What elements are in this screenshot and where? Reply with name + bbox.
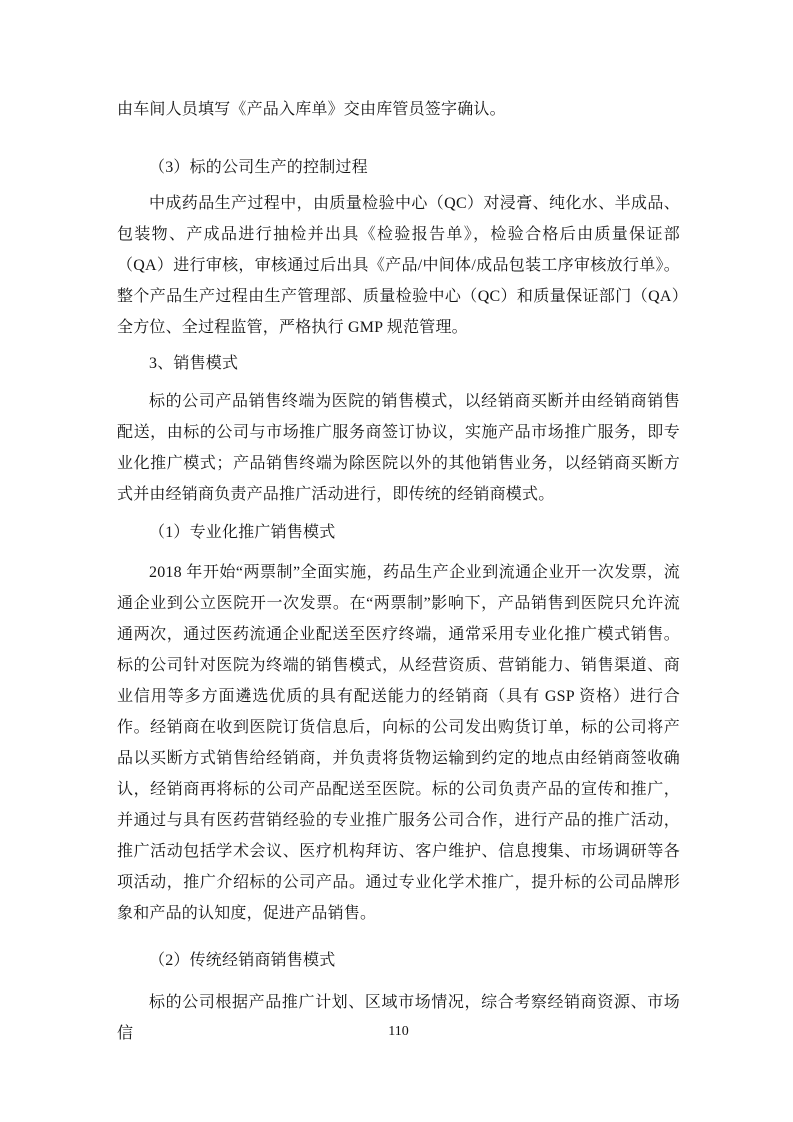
paragraph-professional-promotion-detail: 2018 年开始“两票制”全面实施，药品生产企业到流通企业开一次发票，流通企业到… [117, 557, 680, 929]
section-heading-sales-model: 3、销售模式 [117, 348, 680, 379]
paragraph-sales-overview: 标的公司产品销售终端为医院的销售模式，以经销商买断并由经销商销售配送，由标的公司… [117, 386, 680, 510]
section-heading-traditional-distributor: （2）传统经销商销售模式 [117, 945, 680, 976]
document-page: 由车间人员填写《产品入库单》交由库管员签字确认。 （3）标的公司生产的控制过程 … [0, 0, 793, 1122]
section-heading-professional-promotion: （1）专业化推广销售模式 [117, 517, 680, 548]
paragraph-continuation: 由车间人员填写《产品入库单》交由库管员签字确认。 [117, 94, 680, 125]
page-number: 110 [117, 1022, 680, 1042]
section-heading-production-control: （3）标的公司生产的控制过程 [117, 152, 680, 183]
paragraph-production-qc: 中成药品生产过程中，由质量检验中心（QC）对浸膏、纯化水、半成品、包装物、产成品… [117, 188, 680, 343]
page-content: 由车间人员填写《产品入库单》交由库管员签字确认。 （3）标的公司生产的控制过程 … [117, 94, 680, 1049]
